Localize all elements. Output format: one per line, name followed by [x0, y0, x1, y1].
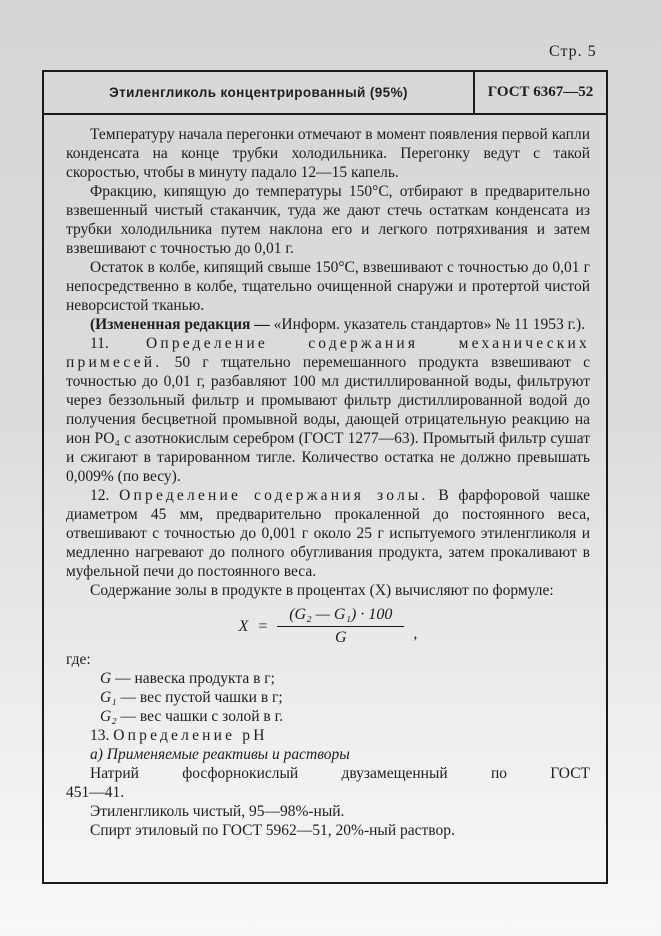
section-13-heading: Определение pH	[113, 727, 267, 744]
section-12-heading: Определение содержания золы.	[119, 487, 428, 504]
section-11-number: 11.	[90, 335, 146, 352]
section-12-ash-content: 12. Определение содержания золы. В фарфо…	[66, 486, 590, 581]
paragraph-reagents-heading: а) Применяемые реактивы и растворы	[66, 745, 590, 764]
document-title: Этиленгликоль концентрированный (95%)	[44, 72, 473, 113]
paragraph-ethyl-alcohol: Спирт этиловый по ГОСТ 5962—51, 20%-ный …	[66, 821, 590, 840]
paragraph-residue: Остаток в колбе, кипящий свыше 150°С, вз…	[66, 258, 590, 315]
definition-g2-text: — вес чашки с золой в г.	[117, 708, 283, 725]
document-body: Температуру начала перегонки отмечают в …	[44, 115, 606, 840]
formula-definitions-list: G — навеска продукта в г; G₁ — вес пусто…	[100, 669, 590, 726]
definition-g1: G₁ — вес пустой чашки в г;	[100, 688, 590, 707]
paragraph-pure-glycol: Этиленгликоль чистый, 95—98%-ный.	[66, 802, 590, 821]
sodium-phosphate-line1: Натрий фосфорнокислый двузамещенный по Г…	[66, 764, 590, 783]
document-frame: Этиленгликоль концентрированный (95%) ГО…	[42, 70, 608, 884]
sodium-phosphate-line2: 451—41.	[66, 783, 590, 802]
paragraph-distillation-start: Температуру начала перегонки отмечают в …	[66, 125, 590, 182]
page-number-label: Стр. 5	[549, 43, 597, 61]
ash-percentage-formula: X = (G₂ — G₁) · 100 G ,	[66, 605, 590, 647]
section-13-number: 13.	[90, 727, 113, 744]
definition-g-text: — навеска продукта в г;	[111, 670, 275, 687]
definition-g-symbol: G	[100, 670, 111, 687]
where-label: где:	[66, 650, 590, 669]
paragraph-sodium-phosphate: Натрий фосфорнокислый двузамещенный по Г…	[66, 764, 590, 802]
amendment-bold-text: (Измененная редакция —	[90, 316, 270, 333]
definition-g2-symbol: G₂	[100, 708, 117, 725]
formula-equals: =	[257, 617, 268, 636]
formula-lhs: X	[239, 617, 249, 636]
scanned-document-page: { "page": { "page_label": "Стр. 5", "col…	[0, 0, 661, 936]
formula-numerator: (G₂ — G₁) · 100	[277, 605, 404, 627]
formula-fraction: (G₂ — G₁) · 100 G	[277, 605, 404, 647]
definition-g2: G₂ — вес чашки с золой в г.	[100, 707, 590, 726]
definition-g1-symbol: G₁	[100, 689, 117, 706]
definition-g: G — навеска продукта в г;	[100, 669, 590, 688]
amendment-rest-text: «Информ. указатель стандартов» № 11 1953…	[270, 316, 585, 333]
section-11-mechanical-impurities: 11. Определение содержания механических …	[66, 334, 590, 486]
formula-comma: ,	[413, 624, 417, 647]
formula-denominator: G	[277, 627, 404, 647]
section-12-number: 12.	[90, 487, 119, 504]
document-header: Этиленгликоль концентрированный (95%) ГО…	[44, 72, 606, 115]
gost-number: ГОСТ 6367—52	[473, 72, 606, 113]
paragraph-ash-formula-intro: Содержание золы в продукте в процентах (…	[66, 581, 590, 600]
section-11-text: 50 г тщательно перемешанного продукта вз…	[66, 354, 590, 485]
paragraph-amendment: (Измененная редакция — «Информ. указател…	[66, 315, 590, 334]
paragraph-fraction: Фракцию, кипящую до температуры 150°С, о…	[66, 182, 590, 258]
section-13-ph: 13. Определение pH	[66, 726, 590, 745]
definition-g1-text: — вес пустой чашки в г;	[117, 689, 283, 706]
